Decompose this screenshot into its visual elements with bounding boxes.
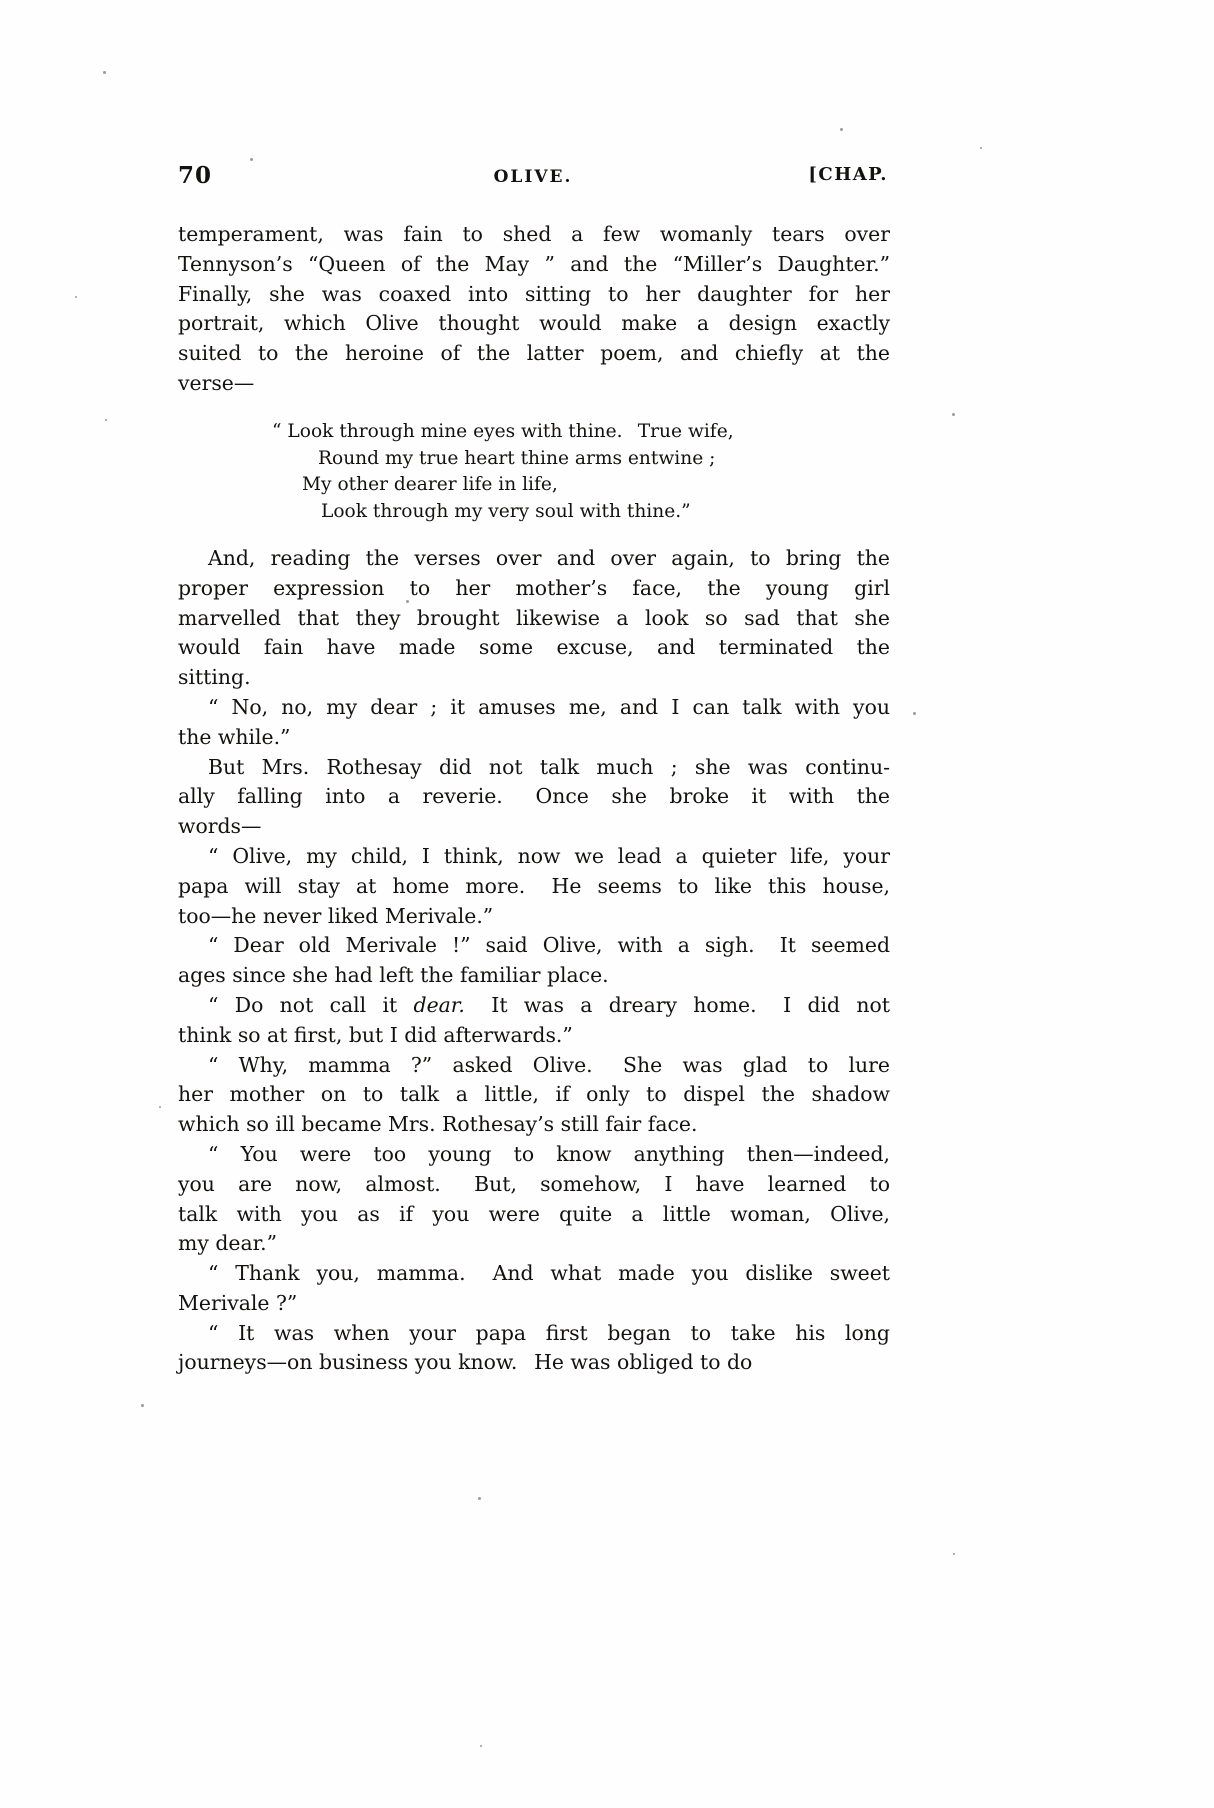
scan-speckle [159, 1106, 161, 1108]
text-line: Finally, she was coaxed into sitting to … [178, 280, 890, 310]
text-line: “ Olive, my child, I think, now we lead … [178, 842, 890, 872]
scan-speckle [480, 1745, 482, 1747]
text-line: “ Thank you, mamma. And what made you di… [178, 1259, 890, 1289]
paragraph: “ Do not call it dear. It was a dreary h… [178, 991, 890, 1051]
paragraph: “ You were too young to know anything th… [178, 1140, 890, 1259]
text-line: But Mrs. Rothesay did not talk much ; sh… [178, 753, 890, 783]
running-title: OLIVE. [494, 167, 573, 187]
text-line: Tennyson’s “Queen of the May ” and the “… [178, 250, 890, 280]
text-line: Look through my very soul with thine.” [321, 499, 890, 526]
text-line: talk with you as if you were quite a lit… [178, 1200, 890, 1230]
scan-speckle [250, 158, 253, 161]
scan-speckle [840, 128, 843, 131]
text-line: my dear.” [178, 1229, 890, 1259]
text-line: marvelled that they brought likewise a l… [178, 604, 890, 634]
paragraph: “ No, no, my dear ; it amuses me, and I … [178, 693, 890, 753]
scan-speckle [105, 419, 107, 421]
text-line: words— [178, 812, 890, 842]
text-line: proper expression to her mother’s face, … [178, 574, 890, 604]
text-line: verse— [178, 369, 890, 399]
paragraph: “ Dear old Merivale !” said Olive, with … [178, 931, 890, 991]
text-line: “ You were too young to know anything th… [178, 1140, 890, 1170]
text-line: journeys—on business you know. He was ob… [178, 1348, 890, 1378]
text-line: “ Do not call it dear. It was a dreary h… [178, 991, 890, 1021]
text-line: sitting. [178, 663, 890, 693]
text-line: “ Why, mamma ?” asked Olive. She was gla… [178, 1051, 890, 1081]
text-line: “ Dear old Merivale !” said Olive, with … [178, 931, 890, 961]
text-line: ages since she had left the familiar pla… [178, 961, 890, 991]
text-line: “ No, no, my dear ; it amuses me, and I … [178, 693, 890, 723]
text-line: suited to the heroine of the latter poem… [178, 339, 890, 369]
page-number: 70 [178, 162, 212, 189]
text-line: Merivale ?” [178, 1289, 890, 1319]
page-header: 70 OLIVE. [CHAP. [178, 162, 888, 192]
book-page: 70 OLIVE. [CHAP. temperament, was fain t… [0, 0, 1214, 1808]
scan-speckle [953, 1553, 955, 1555]
text-line: her mother on to talk a little, if only … [178, 1080, 890, 1110]
paragraph: But Mrs. Rothesay did not talk much ; sh… [178, 753, 890, 842]
paragraph: temperament, was fain to shed a few woma… [178, 220, 890, 399]
paragraph: “ It was when your papa first began to t… [178, 1319, 890, 1379]
scan-speckle [478, 1497, 481, 1500]
scan-speckle [913, 712, 916, 715]
text-line: too—he never liked Merivale.” [178, 902, 890, 932]
text-line: papa will stay at home more. He seems to… [178, 872, 890, 902]
paragraph: “ Why, mamma ?” asked Olive. She was gla… [178, 1051, 890, 1140]
chapter-mark: [CHAP. [808, 164, 888, 185]
text-line: would fain have made some excuse, and te… [178, 633, 890, 663]
text-line: “ Look through mine eyes with thine. Tru… [272, 419, 890, 446]
scan-speckle [75, 296, 77, 298]
paragraph: And, reading the verses over and over ag… [178, 544, 890, 693]
scan-speckle [406, 600, 409, 603]
text-line: think so at first, but I did afterwards.… [178, 1021, 890, 1051]
scan-speckle [952, 413, 955, 416]
text-line: you are now, almost. But, somehow, I hav… [178, 1170, 890, 1200]
text-line: And, reading the verses over and over ag… [178, 544, 890, 574]
text-line: Round my true heart thine arms entwine ; [318, 446, 890, 473]
scan-speckle [980, 147, 982, 149]
scan-speckle [141, 1404, 144, 1407]
text-line: portrait, which Olive thought would make… [178, 309, 890, 339]
text-line: “ It was when your papa first began to t… [178, 1319, 890, 1349]
verse-quote: “ Look through mine eyes with thine. Tru… [272, 419, 890, 526]
paragraph: “ Thank you, mamma. And what made you di… [178, 1259, 890, 1319]
text-line: temperament, was fain to shed a few woma… [178, 220, 890, 250]
scan-speckle [103, 71, 106, 74]
text-line: which so ill became Mrs. Rothesay’s stil… [178, 1110, 890, 1140]
text-line: My other dearer life in life, [302, 472, 890, 499]
text-block: temperament, was fain to shed a few woma… [178, 220, 890, 1378]
text-line: the while.” [178, 723, 890, 753]
paragraph: “ Olive, my child, I think, now we lead … [178, 842, 890, 931]
text-line: ally falling into a reverie. Once she br… [178, 782, 890, 812]
